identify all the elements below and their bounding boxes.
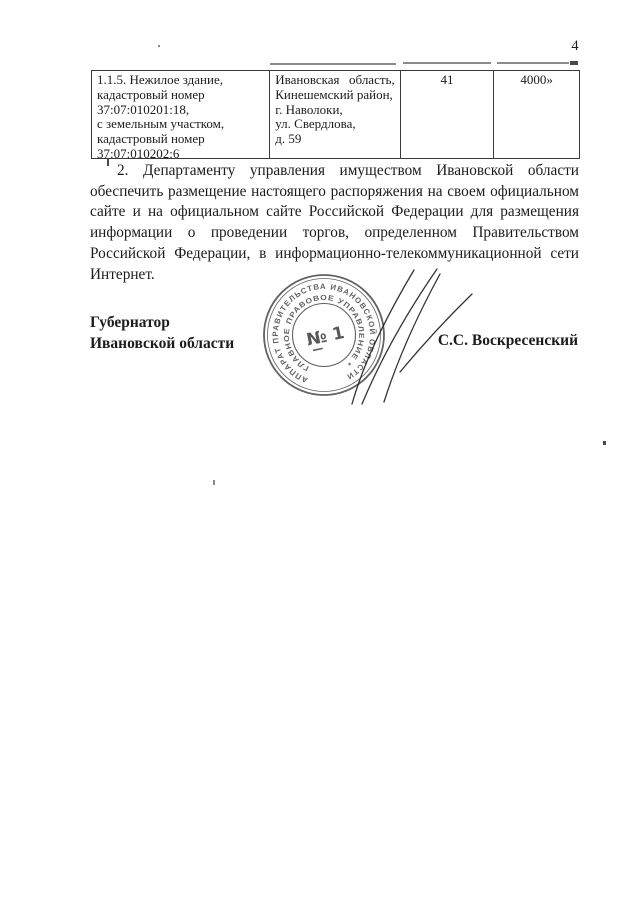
table-cell-area: 41 bbox=[401, 71, 495, 158]
stamp-and-signature-area: АППАРАТ ПРАВИТЕЛЬСТВА ИВАНОВСКОЙ ОБЛАСТИ… bbox=[240, 252, 500, 422]
stamp-center-number: № 1 bbox=[305, 323, 347, 351]
document-page: 4 1.1.5. Нежилое здание, кадастровый ном… bbox=[0, 0, 640, 905]
cell-line: 4000» bbox=[499, 73, 574, 88]
scan-artifact-dash bbox=[497, 62, 569, 64]
table-cell-address: Ивановская область, Кинешемский район, г… bbox=[270, 71, 400, 158]
paragraph-line: информации о проведении торгов, определе… bbox=[90, 223, 579, 244]
paragraph-line: 2. Департаменту управления имуществом Ив… bbox=[90, 161, 579, 182]
paragraph-line: обеспечить размещение настоящего распоря… bbox=[90, 182, 579, 203]
cell-line: 41 bbox=[406, 73, 489, 88]
signer-title-line: Губернатор bbox=[90, 312, 234, 333]
table-cell-property: 1.1.5. Нежилое здание, кадастровый номер… bbox=[92, 71, 270, 158]
cell-line: 1.1.5. Нежилое здание, bbox=[97, 73, 264, 88]
cell-line: с земельным участком, bbox=[97, 117, 264, 132]
cell-line: 37:07:010202:6 bbox=[97, 147, 264, 162]
paragraph-line: сайте и на официальном сайте Российской … bbox=[90, 202, 579, 223]
table-cell-price: 4000» bbox=[494, 71, 579, 158]
signer-title: Губернатор Ивановской области bbox=[90, 312, 234, 354]
official-round-stamp: АППАРАТ ПРАВИТЕЛЬСТВА ИВАНОВСКОЙ ОБЛАСТИ… bbox=[264, 275, 384, 395]
scan-artifact-dot bbox=[603, 441, 606, 445]
cell-line: Кинешемский район, bbox=[275, 88, 394, 103]
cell-line: кадастровый номер bbox=[97, 132, 264, 147]
page-number: 4 bbox=[564, 38, 586, 55]
cell-line: 37:07:010201:18, bbox=[97, 103, 264, 118]
signer-title-line: Ивановской области bbox=[90, 333, 234, 354]
cell-line: Ивановская область, bbox=[275, 73, 394, 88]
scan-artifact-tick bbox=[213, 480, 215, 485]
cell-line: кадастровый номер bbox=[97, 88, 264, 103]
scan-artifact-dash bbox=[270, 63, 396, 65]
cell-line: г. Наволоки, bbox=[275, 103, 394, 118]
cell-line: ул. Свердлова, bbox=[275, 117, 394, 132]
property-table: 1.1.5. Нежилое здание, кадастровый номер… bbox=[91, 70, 580, 159]
scan-artifact-dot bbox=[158, 45, 160, 47]
cell-line: д. 59 bbox=[275, 132, 394, 147]
scan-artifact-dash bbox=[403, 62, 491, 64]
scan-artifact-blob bbox=[570, 61, 578, 65]
